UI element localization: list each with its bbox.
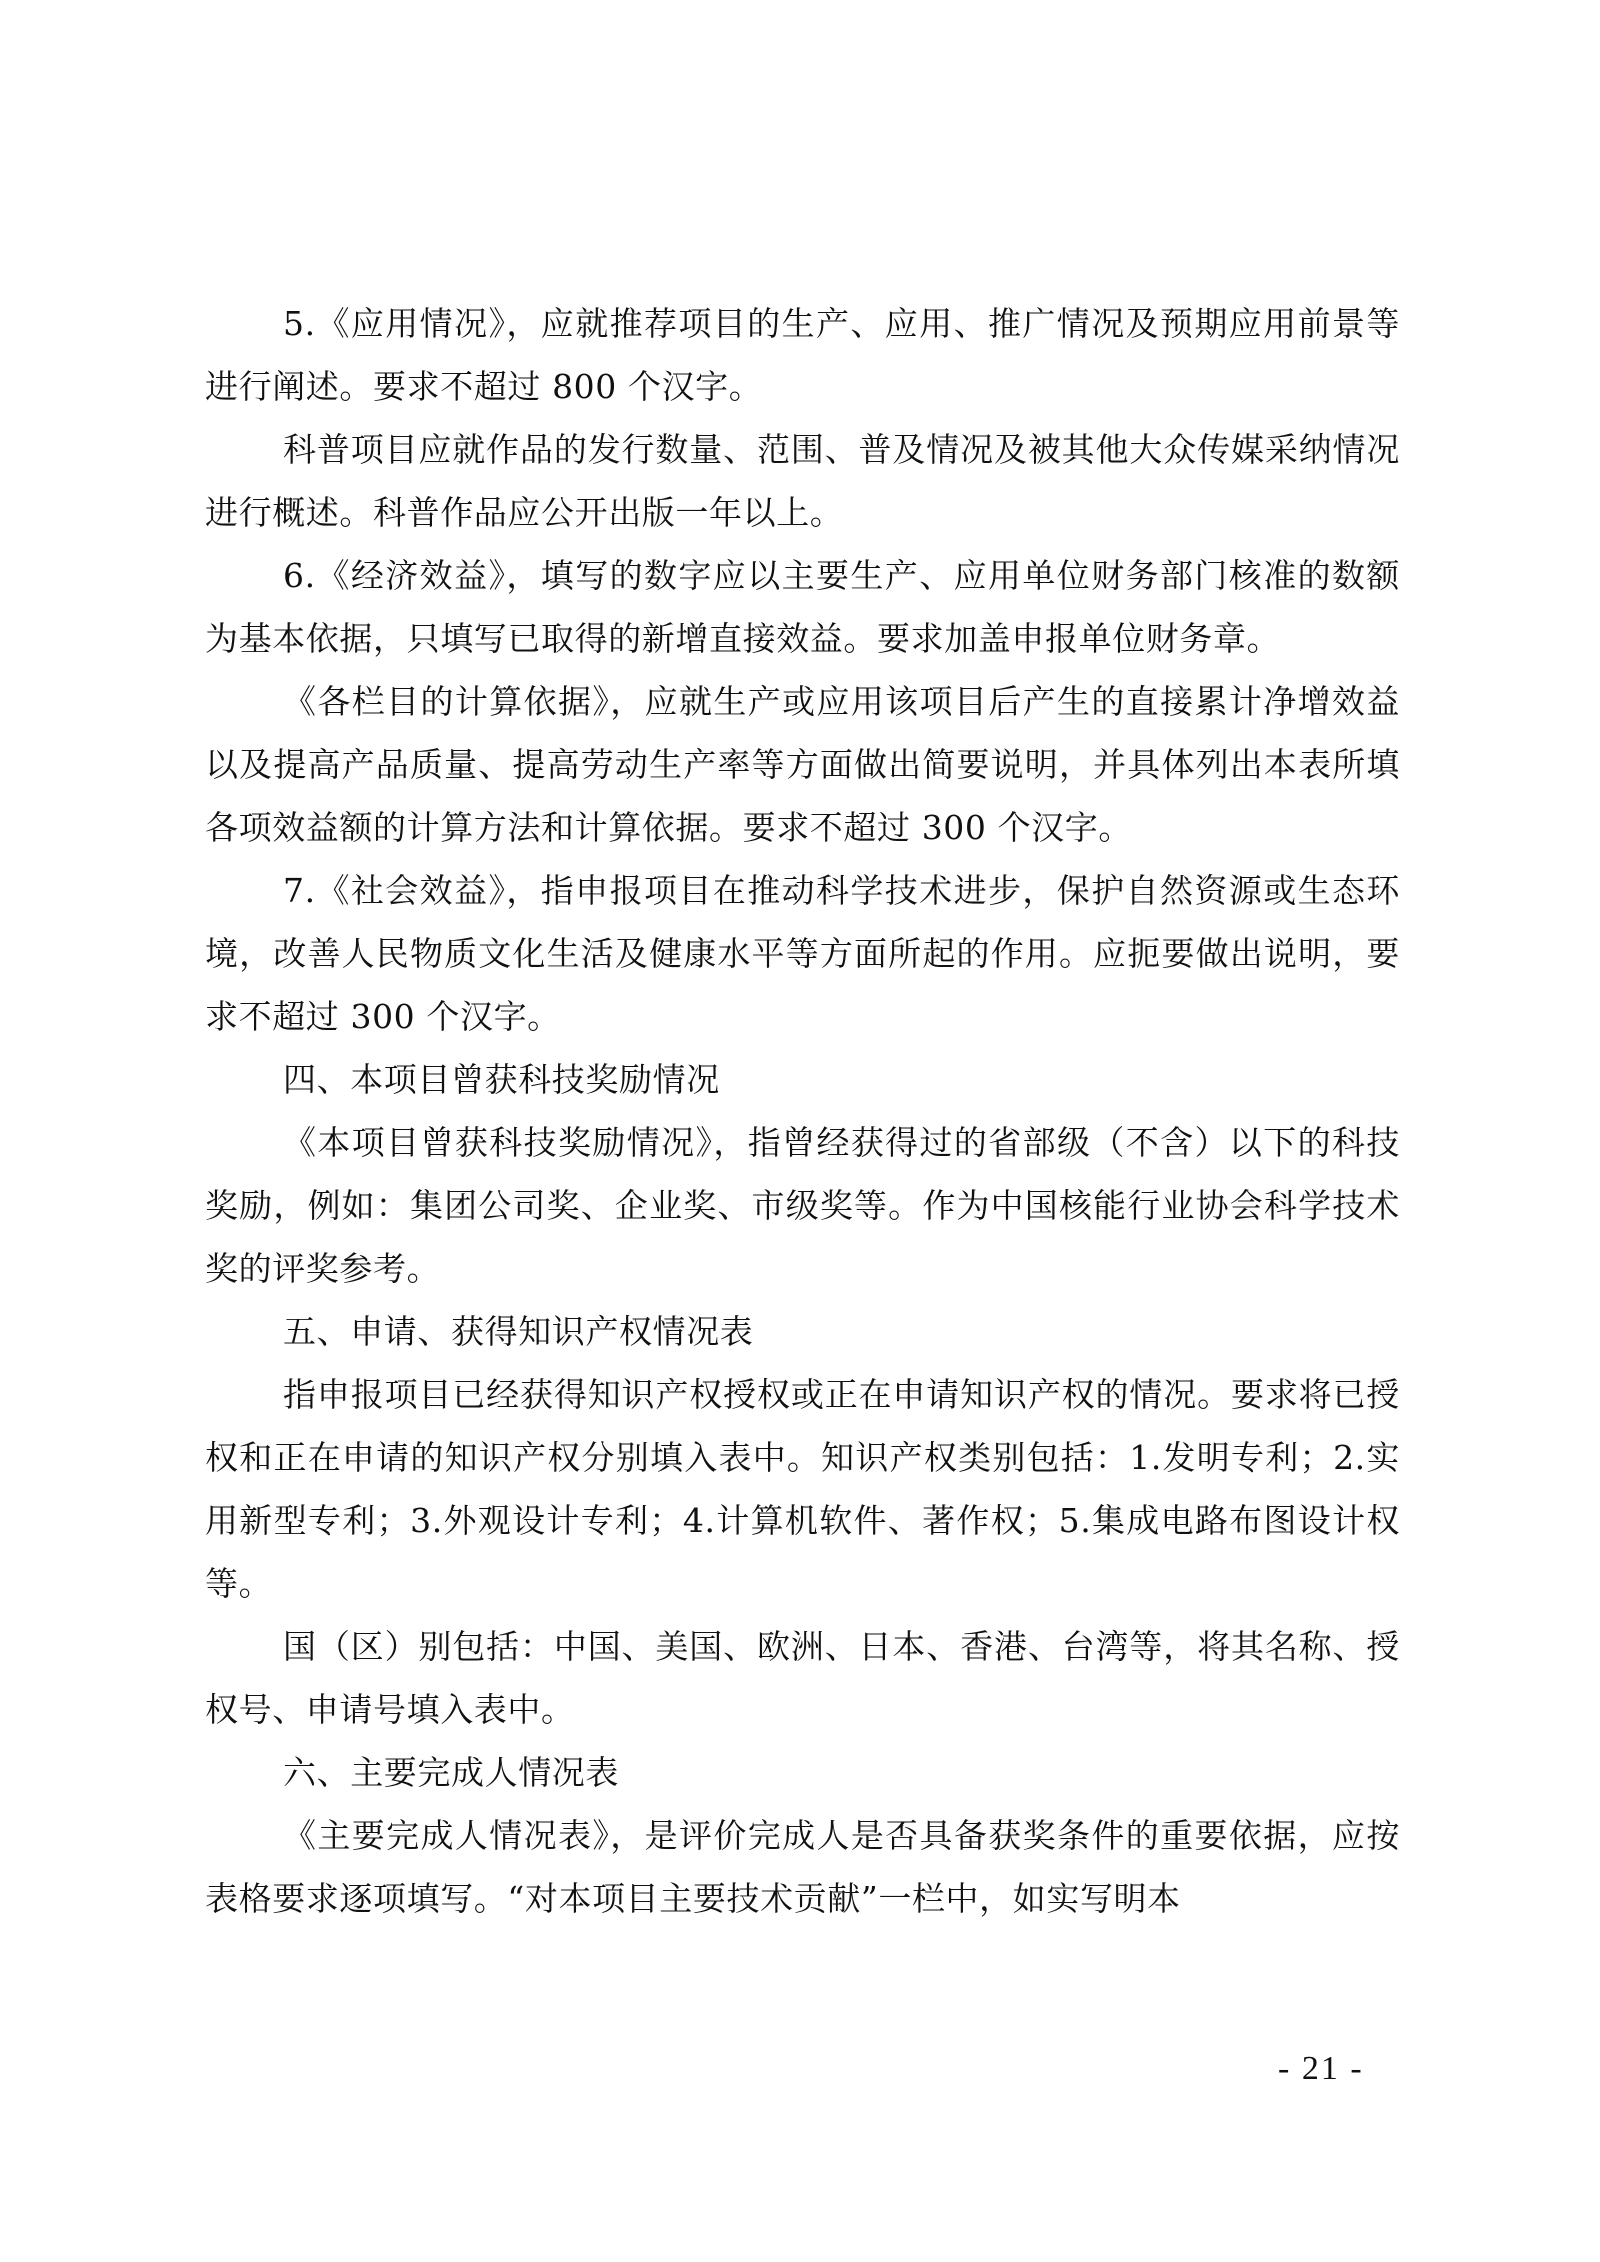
paragraph-application-status: 5.《应用情况》，应就推荐项目的生产、应用、推广情况及预期应用前景等进行阐述。要… [205, 292, 1400, 418]
paragraph-contributors: 《主要完成人情况表》，是评价完成人是否具备获奖条件的重要依据，应按表格要求逐项填… [205, 1804, 1400, 1930]
paragraph-calculation-basis: 《各栏目的计算依据》，应就生产或应用该项目后产生的直接累计净增效益以及提高产品质… [205, 670, 1400, 859]
paragraph-popular-science: 科普项目应就作品的发行数量、范围、普及情况及被其他大众传媒采纳情况进行概述。科普… [205, 418, 1400, 544]
document-page: 5.《应用情况》，应就推荐项目的生产、应用、推广情况及预期应用前景等进行阐述。要… [0, 0, 1600, 2262]
paragraph-ip-types: 指申报项目已经获得知识产权授权或正在申请知识产权的情况。要求将已授权和正在申请的… [205, 1363, 1400, 1615]
section-heading-ip: 五、申请、获得知识产权情况表 [205, 1300, 1400, 1363]
paragraph-ip-regions: 国（区）别包括：中国、美国、欧洲、日本、香港、台湾等，将其名称、授权号、申请号填… [205, 1615, 1400, 1741]
section-heading-contributors: 六、主要完成人情况表 [205, 1741, 1400, 1804]
paragraph-economic-benefit: 6.《经济效益》，填写的数字应以主要生产、应用单位财务部门核准的数额为基本依据，… [205, 544, 1400, 670]
section-heading-awards: 四、本项目曾获科技奖励情况 [205, 1048, 1400, 1111]
page-number: - 21 - [1278, 2050, 1364, 2088]
paragraph-social-benefit: 7.《社会效益》，指申报项目在推动科学技术进步，保护自然资源或生态环境，改善人民… [205, 859, 1400, 1048]
document-body: 5.《应用情况》，应就推荐项目的生产、应用、推广情况及预期应用前景等进行阐述。要… [205, 292, 1400, 1930]
paragraph-awards: 《本项目曾获科技奖励情况》，指曾经获得过的省部级（不含）以下的科技奖励，例如：集… [205, 1111, 1400, 1300]
